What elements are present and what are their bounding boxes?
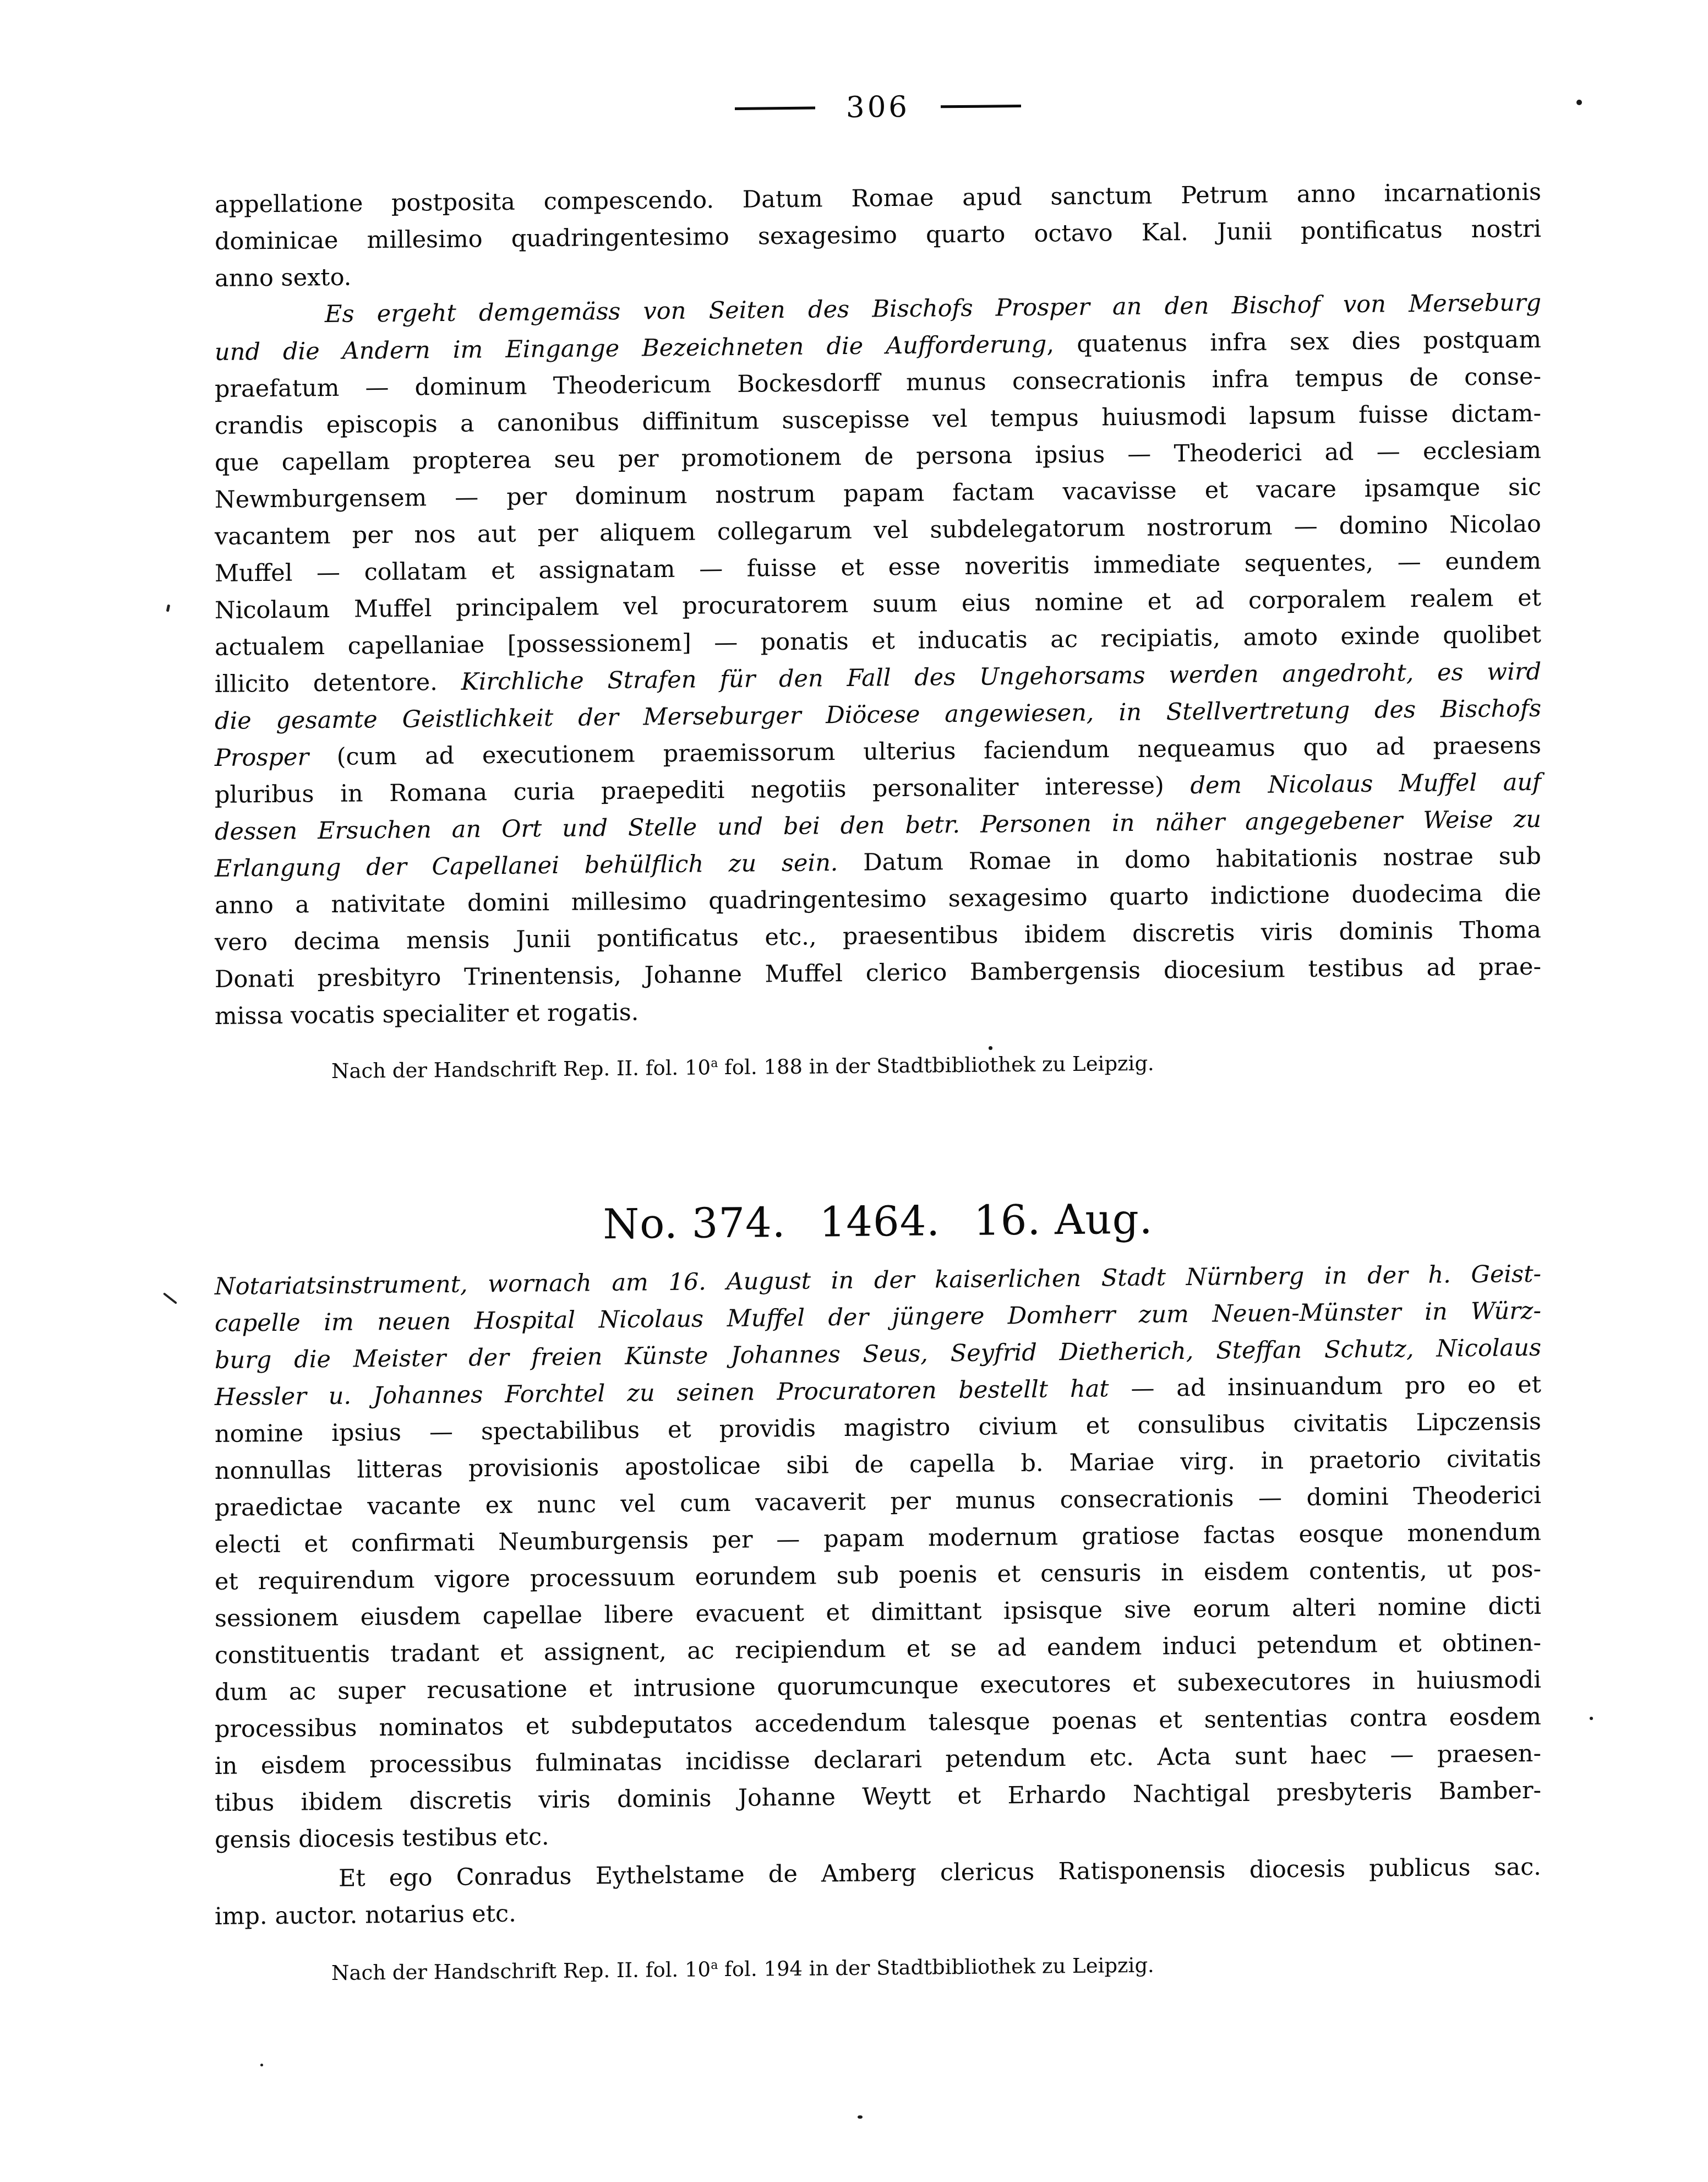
header-rule-left	[735, 107, 815, 110]
roman-run: Donati presbityro Trinentensis, Johanne …	[215, 953, 1541, 993]
document-heading-374: No. 374. 1464. 16. Aug.	[215, 1191, 1541, 1252]
roman-run: illicito detentore.	[215, 668, 461, 698]
roman-run: pluribus in Romana curia praepediti nego…	[215, 772, 1190, 809]
roman-run: , quatenus infra sex dies postquam	[1046, 326, 1541, 358]
roman-run: tibus ibidem discretis viris dominis Joh…	[215, 1777, 1541, 1817]
scan-speck	[1576, 100, 1582, 105]
heading-year: 1464.	[819, 1196, 940, 1246]
superscript-folio: a	[711, 1958, 718, 1972]
italic-run: Prosper	[215, 743, 337, 772]
heading-number: No. 374.	[603, 1198, 786, 1248]
roman-run: — ad insinuandum pro eo et	[1109, 1371, 1541, 1403]
italic-run: dem Nicolaus Muffel auf	[1190, 769, 1541, 799]
paragraph-closing-latin: appellatione postposita compescendo. Dat…	[215, 174, 1541, 297]
scan-speck	[858, 2115, 863, 2119]
roman-run: imp. auctor. notarius etc.	[215, 1900, 516, 1930]
page-content: 306 appellatione postposita compescendo.…	[0, 0, 1708, 2182]
scanned-page: 306 appellatione postposita compescendo.…	[0, 0, 1708, 2182]
superscript-folio: a	[711, 1056, 718, 1070]
source-text: fol. 194 in der Stadtbibliothek zu Leipz…	[718, 1954, 1154, 1982]
scan-speck	[1590, 1717, 1593, 1720]
italic-run: Es ergeht demgemäss von Seiten des Bisch…	[325, 289, 1541, 328]
roman-run: missa vocatis specialiter et rogatis.	[215, 999, 639, 1030]
source-text: Nach der Handschrift Rep. II. fol. 10	[331, 1957, 711, 1985]
roman-run: dominicae millesimo quadringentesimo sex…	[215, 215, 1541, 255]
heading-date: 16. Aug.	[974, 1195, 1153, 1245]
italic-run: Erlangung der Capellanei behülflich zu s…	[215, 849, 863, 883]
italic-run: Kirchliche Strafen für den Fall des Unge…	[461, 658, 1541, 696]
source-text: fol. 188 in der Stadtbibliothek zu Leipz…	[718, 1052, 1154, 1080]
source-text: Nach der Handschrift Rep. II. fol. 10	[331, 1055, 711, 1083]
page-number: 306	[846, 90, 910, 124]
roman-run: anno sexto.	[215, 264, 351, 292]
roman-run: (cum ad executionem praemissorum ulteriu…	[337, 732, 1541, 771]
roman-run: gensis diocesis testibus etc.	[215, 1823, 549, 1854]
italic-run: Hessler u. Johannes Forchtel zu seinen P…	[215, 1375, 1109, 1411]
scan-speck	[989, 1046, 992, 1050]
roman-run: Datum Romae in domo habitationis nostrae…	[863, 842, 1541, 877]
page-header: 306	[215, 84, 1541, 130]
paragraph-regest-373: Es ergeht demgemäss von Seiten des Bisch…	[215, 285, 1541, 1035]
source-note-2: Nach der Handschrift Rep. II. fol. 10a f…	[215, 1950, 1541, 1986]
source-note-1: Nach der Handschrift Rep. II. fol. 10a f…	[215, 1048, 1541, 1084]
paragraph-notary-subscription: Et ego Conradus Eythelstame de Amberg cl…	[215, 1849, 1541, 1935]
scan-speck	[260, 2064, 263, 2066]
italic-run: und die Andern im Eingange Bezeichneten …	[215, 330, 1046, 366]
paragraph-regest-374: Notariatsinstrument, wornach am 16. Augu…	[215, 1256, 1541, 1859]
roman-run: Et ego Conradus Eythelstame de Amberg cl…	[339, 1853, 1541, 1892]
header-rule-right	[941, 105, 1021, 108]
